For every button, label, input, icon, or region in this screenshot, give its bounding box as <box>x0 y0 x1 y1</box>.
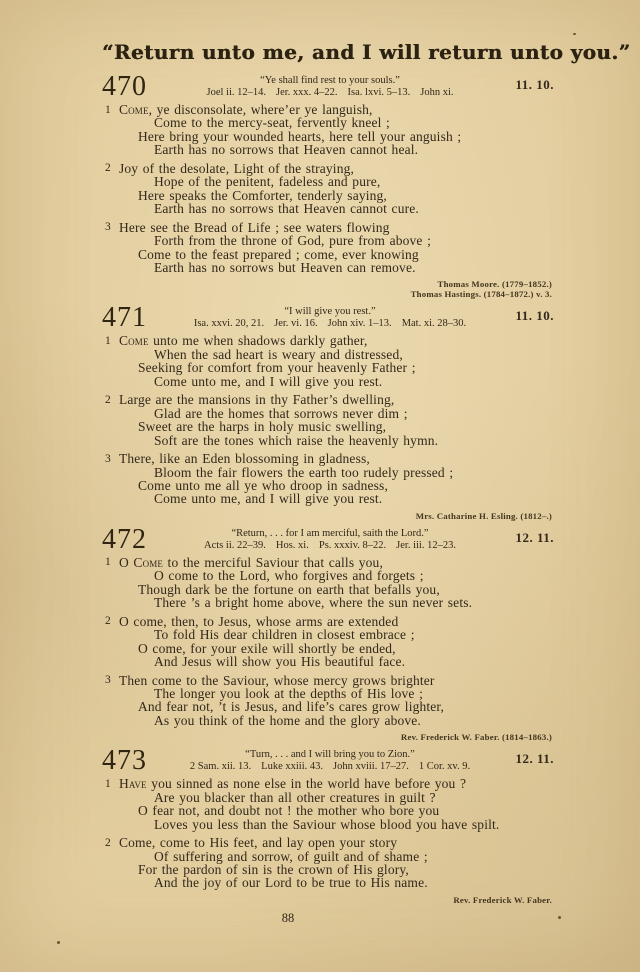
page-header-quote: “Return unto me, and I will return unto … <box>102 40 554 64</box>
reference-item: Hos. xi. <box>276 540 309 551</box>
stanza-line: Here speaks the Comforter, tenderly sayi… <box>102 189 554 202</box>
stanza-line: Here see the Bread of Life ; see waters … <box>102 221 554 234</box>
hymn-473: 473 “Turn, . . . and I will bring you to… <box>102 748 554 905</box>
page-content: “Return unto me, and I will return unto … <box>102 0 554 926</box>
hymn-number: 470 <box>102 74 164 100</box>
stanza-line: When the sad heart is weary and distress… <box>102 348 554 361</box>
stanza-line: And Jesus will show you His beautiful fa… <box>102 655 554 668</box>
stanza-number: 3 <box>105 453 111 465</box>
attribution-line: Rev. Frederick W. Faber. <box>102 895 552 905</box>
stanza-number: 2 <box>105 615 111 627</box>
stanza-number: 3 <box>105 221 111 233</box>
author-attribution: Mrs. Catharine H. Esling. (1812–.) <box>102 511 552 521</box>
stanza: 1 O Come to the merciful Saviour that ca… <box>102 556 554 610</box>
stanza-line: Are you blacker than all other creatures… <box>102 791 554 804</box>
stanza: 2 Come, come to His feet, and lay open y… <box>102 836 554 890</box>
stanza-line: O fear not, and doubt not ! the mother w… <box>102 804 554 817</box>
stanza: 2 Joy of the desolate, Light of the stra… <box>102 162 554 216</box>
hymn-472: 472 “Return, . . . for I am merciful, sa… <box>102 527 554 742</box>
hymn-header: 473 “Turn, . . . and I will bring you to… <box>102 748 554 774</box>
stanza-line: Though dark be the fortune on earth that… <box>102 583 554 596</box>
reference-item: Joel ii. 12–14. <box>206 87 266 98</box>
stanza-line: Seeking for comfort from your heavenly F… <box>102 361 554 374</box>
stanza-line: Soft are the tones which raise the heave… <box>102 434 554 447</box>
stanza: 2 Large are the mansions in thy Father’s… <box>102 393 554 447</box>
stanza-line: Have you sinned as none else in the worl… <box>102 777 554 790</box>
stanza-line: Come to the feast prepared ; come, ever … <box>102 248 554 261</box>
stanza-number: 1 <box>105 556 111 568</box>
author-attribution: Rev. Frederick W. Faber. (1814–1863.) <box>102 732 552 742</box>
lead-word: Have <box>119 776 147 791</box>
lead-word: Come <box>119 102 149 117</box>
stanza-line: Bloom the fair flowers the earth too rud… <box>102 466 554 479</box>
scripture-references: 2 Sam. xii. 13.Luke xxiii. 43.John xviii… <box>164 761 496 773</box>
stanza-line: Come unto me when shadows darkly gather, <box>102 334 554 347</box>
stanza-line: Earth has no sorrows that Heaven cannot … <box>102 202 554 215</box>
stanza-line: Come unto me all ye who droop in sadness… <box>102 479 554 492</box>
stanza-number: 2 <box>105 394 111 406</box>
stanza-line: As you think of the home and the glory a… <box>102 714 554 727</box>
stanza-number: 1 <box>105 778 111 790</box>
attribution-line: Thomas Hastings. (1784–1872.) v. 3. <box>102 289 552 299</box>
hymn-number: 472 <box>102 527 164 553</box>
reference-item: John xi. <box>420 87 453 98</box>
stanza-line: O come, for your exile will shortly be e… <box>102 642 554 655</box>
reference-item: Luke xxiii. 43. <box>261 761 323 772</box>
hymn-number: 471 <box>102 305 164 331</box>
reference-item: Ps. xxxiv. 8–22. <box>319 540 386 551</box>
reference-item: 1 Cor. xv. 9. <box>419 761 470 772</box>
stanza-number: 2 <box>105 162 111 174</box>
scripture-references: Isa. xxvi. 20, 21.Jer. vi. 16.John xiv. … <box>164 318 496 330</box>
stanza-line: To fold His dear children in closest emb… <box>102 628 554 641</box>
stanza-line: Forth from the throne of God, pure from … <box>102 234 554 247</box>
hymn-epigraph: “Return, . . . for I am merciful, saith … <box>164 528 496 540</box>
page-number: 88 <box>62 911 514 926</box>
stanza-line: Glad are the homes that sorrows never di… <box>102 407 554 420</box>
stanza-line: Come, ye disconsolate, where’er ye langu… <box>102 103 554 116</box>
stanza: 2 O come, then, to Jesus, whose arms are… <box>102 615 554 669</box>
meter-label: 12. 11. <box>496 527 554 546</box>
stanza: 3 There, like an Eden blossoming in glad… <box>102 452 554 506</box>
stanza-line: Loves you less than the Saviour whose bl… <box>102 818 554 831</box>
stanza-number: 3 <box>105 674 111 686</box>
attribution-line: Mrs. Catharine H. Esling. (1812–.) <box>102 511 552 521</box>
reference-item: 2 Sam. xii. 13. <box>190 761 251 772</box>
stanza-line: Joy of the desolate, Light of the strayi… <box>102 162 554 175</box>
hymn-header-center: “Turn, . . . and I will bring you to Zio… <box>164 748 496 773</box>
hymn-epigraph: “Ye shall find rest to your souls.” <box>164 75 496 87</box>
stanza: 1 Come, ye disconsolate, where’er ye lan… <box>102 103 554 157</box>
stanza-line: Come unto me, and I will give you rest. <box>102 375 554 388</box>
hymn-471: 471 “I will give you rest.” Isa. xxvi. 2… <box>102 305 554 520</box>
reference-item: Jer. vi. 16. <box>274 318 317 329</box>
hymnal-page-scan: { "page": { "header_quote": "“Return unt… <box>0 0 640 972</box>
stanza-line: Large are the mansions in thy Father’s d… <box>102 393 554 406</box>
stanza-line: Of suffering and sorrow, of guilt and of… <box>102 850 554 863</box>
stanza: 1 Have you sinned as none else in the wo… <box>102 777 554 831</box>
scripture-references: Joel ii. 12–14.Jer. xxx. 4–22.Isa. lxvi.… <box>164 87 496 99</box>
lead-word: Come <box>119 333 149 348</box>
hymn-epigraph: “I will give you rest.” <box>164 306 496 318</box>
stanza-line: Here bring your wounded hearts, here tel… <box>102 130 554 143</box>
paper-speck <box>57 941 60 944</box>
attribution-line: Thomas Moore. (1779–1852.) <box>102 279 552 289</box>
hymn-header: 470 “Ye shall find rest to your souls.” … <box>102 74 554 100</box>
hymn-header: 472 “Return, . . . for I am merciful, sa… <box>102 527 554 553</box>
reference-item: John xiv. 1–13. <box>328 318 392 329</box>
reference-item: Jer. iii. 12–23. <box>396 540 456 551</box>
stanza-line: Earth has no sorrows but Heaven can remo… <box>102 261 554 274</box>
reference-item: John xviii. 17–27. <box>333 761 409 772</box>
stanza-line: O come, then, to Jesus, whose arms are e… <box>102 615 554 628</box>
reference-item: Isa. lxvi. 5–13. <box>348 87 411 98</box>
stanza-number: 1 <box>105 335 111 347</box>
hymn-header: 471 “I will give you rest.” Isa. xxvi. 2… <box>102 305 554 331</box>
paper-speck <box>558 916 561 919</box>
stanza-line: O Come to the merciful Saviour that call… <box>102 556 554 569</box>
reference-item: Mat. xi. 28–30. <box>402 318 466 329</box>
stanza-line: O come to the Lord, who forgives and for… <box>102 569 554 582</box>
stanza-line: Sweet are the harps in holy music swelli… <box>102 420 554 433</box>
stanza-line: Come unto me, and I will give you rest. <box>102 492 554 505</box>
stanza-line: Hope of the penitent, fadeless and pure, <box>102 175 554 188</box>
hymn-header-center: “I will give you rest.” Isa. xxvi. 20, 2… <box>164 305 496 330</box>
hymn-epigraph: “Turn, . . . and I will bring you to Zio… <box>164 749 496 761</box>
meter-label: 11. 10. <box>496 305 554 324</box>
stanza-line: And fear not, ’t is Jesus, and life’s ca… <box>102 700 554 713</box>
stanza: 3 Then come to the Saviour, whose mercy … <box>102 674 554 728</box>
stanza-line: And the joy of our Lord to be true to Hi… <box>102 876 554 889</box>
attribution-line: Rev. Frederick W. Faber. (1814–1863.) <box>102 732 552 742</box>
stanza-line: For the pardon of sin is the crown of Hi… <box>102 863 554 876</box>
hymn-number: 473 <box>102 748 164 774</box>
reference-item: Jer. xxx. 4–22. <box>276 87 338 98</box>
stanza: 3 Here see the Bread of Life ; see water… <box>102 221 554 275</box>
hymn-header-center: “Ye shall find rest to your souls.” Joel… <box>164 74 496 99</box>
paper-speck <box>573 33 576 35</box>
stanza-line: Then come to the Saviour, whose mercy gr… <box>102 674 554 687</box>
stanza-number: 1 <box>105 104 111 116</box>
stanza-line: Come, come to His feet, and lay open you… <box>102 836 554 849</box>
stanza-line: Come to the mercy-seat, fervently kneel … <box>102 116 554 129</box>
scripture-references: Acts ii. 22–39.Hos. xi.Ps. xxxiv. 8–22.J… <box>164 540 496 552</box>
reference-item: Isa. xxvi. 20, 21. <box>194 318 264 329</box>
stanza-line: There ’s a bright home above, where the … <box>102 596 554 609</box>
meter-label: 12. 11. <box>496 748 554 767</box>
stanza-line: There, like an Eden blossoming in gladne… <box>102 452 554 465</box>
hymn-470: 470 “Ye shall find rest to your souls.” … <box>102 74 554 299</box>
meter-label: 11. 10. <box>496 74 554 93</box>
stanza-line: The longer you look at the depths of His… <box>102 687 554 700</box>
stanza: 1 Come unto me when shadows darkly gathe… <box>102 334 554 388</box>
stanza-number: 2 <box>105 837 111 849</box>
reference-item: Acts ii. 22–39. <box>204 540 266 551</box>
stanza-line: Earth has no sorrows that Heaven cannot … <box>102 143 554 156</box>
author-attribution: Rev. Frederick W. Faber. <box>102 895 552 905</box>
author-attribution: Thomas Moore. (1779–1852.) Thomas Hastin… <box>102 279 552 299</box>
hymn-header-center: “Return, . . . for I am merciful, saith … <box>164 527 496 552</box>
